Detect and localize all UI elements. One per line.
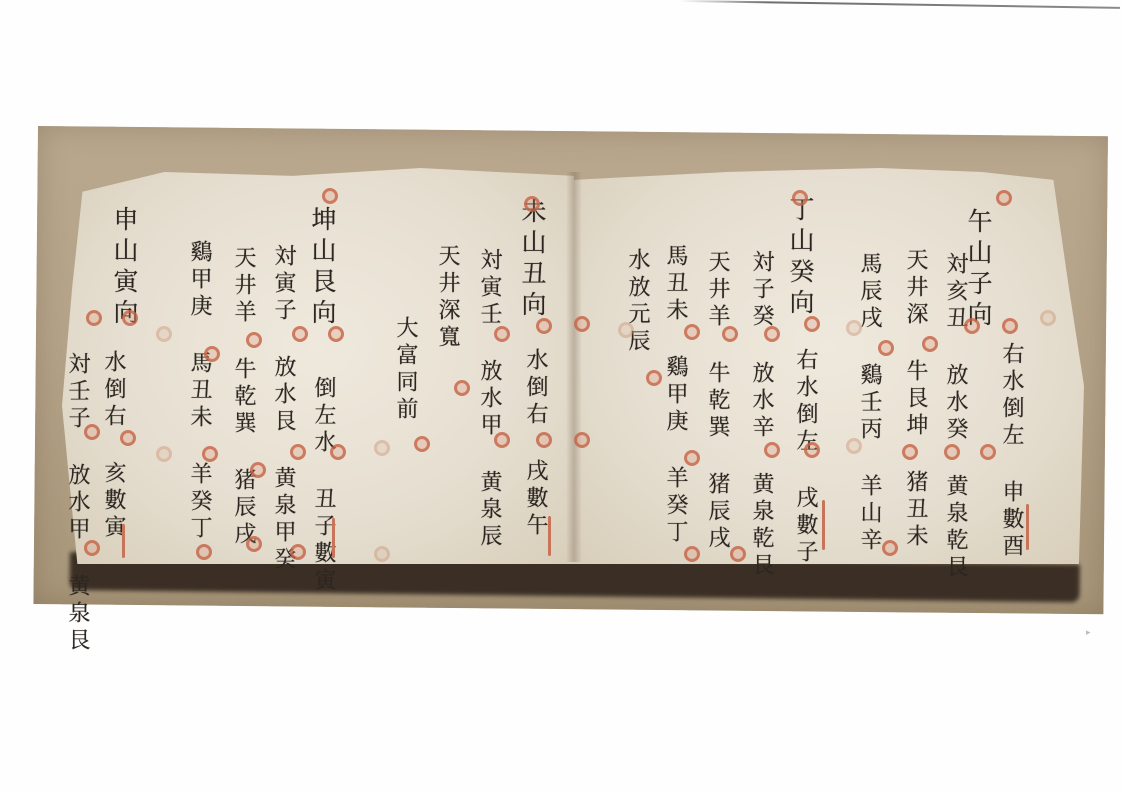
red-stain-mark [322,188,338,204]
red-stain-mark [120,430,136,446]
text-column: 馬丑未 鷄甲庚 羊癸丁 [664,244,686,547]
red-stain-mark [536,318,552,334]
red-stain-mark [980,444,996,460]
text-column: 天井深寬 [436,244,458,352]
red-stain-mark [494,432,510,448]
red-stain-mark [536,432,552,448]
red-stain-mark [882,540,898,556]
red-stain-mark [684,324,700,340]
red-stain-mark [86,310,102,326]
red-stain-mark [414,436,430,452]
red-stain-mark [328,326,344,342]
text-column: 水放元辰 [626,248,648,356]
book-gutter [566,172,582,562]
red-stain-mark [804,316,820,332]
text-column: 対壬子 放水甲 黄泉艮 [66,352,88,655]
red-stain-mark [246,536,262,552]
red-stain-mark [290,444,306,460]
faint-stain-mark [156,326,172,342]
faint-stain-mark [618,322,634,338]
red-stain-mark [764,326,780,342]
text-column: 対亥丑 放水癸 黄泉乾艮 [944,252,966,582]
red-stain-mark [84,540,100,556]
red-stain-mark [84,424,100,440]
red-stain-mark [730,546,746,562]
text-column: 右水倒左 申數酉 [1000,342,1022,561]
red-annotation-mark [1026,504,1029,550]
text-column: 対寅壬 放水甲 黄泉辰 [478,248,500,551]
red-stain-mark [964,318,980,334]
faint-stain-mark [846,438,862,454]
red-stain-mark [454,380,470,396]
red-stain-mark [574,432,590,448]
red-stain-mark [764,442,780,458]
red-stain-mark [944,444,960,460]
red-stain-mark [330,444,346,460]
text-column: 対寅子 放水艮 黄泉甲癸 [272,244,294,574]
text-column: 天井深 牛艮坤 猪丑未 [904,248,926,551]
red-stain-mark [722,326,738,342]
red-stain-mark [902,444,918,460]
red-stain-mark [792,190,808,206]
red-annotation-mark [122,524,125,558]
red-stain-mark [922,336,938,352]
text-column: 馬辰戌 鷄壬丙 羊山辛 [858,252,880,555]
red-stain-mark [804,442,820,458]
faint-stain-mark [374,440,390,456]
text-column: 倒左水 丑子數寅 [312,376,334,595]
text-column: 水倒右 亥數寅 [102,350,124,542]
text-column: 鷄甲庚 馬丑未 羊癸丁 [188,240,210,543]
red-stain-mark [878,340,894,356]
faint-stain-mark [374,546,390,562]
red-stain-mark [494,326,510,342]
red-stain-mark [524,196,540,212]
red-stain-mark [290,544,306,560]
red-stain-mark [202,446,218,462]
text-column: 天井羊 牛乾巽 猪辰戌 [232,246,254,549]
red-stain-mark [250,462,266,478]
red-annotation-mark [332,518,335,558]
faint-stain-mark [1040,310,1056,326]
text-column: 丁山癸向 [788,196,813,320]
scan-artifact: ▸ [1086,628,1091,638]
faint-stain-mark [156,446,172,462]
text-column: 天井羊 牛乾巽 猪辰戌 [706,250,728,553]
red-stain-mark [204,346,220,362]
red-stain-mark [196,544,212,560]
scanner-edge-line [680,0,1120,9]
text-column: 午山子向 [966,208,991,332]
faint-stain-mark [846,320,862,336]
red-stain-mark [684,546,700,562]
red-stain-mark [292,326,308,342]
red-stain-mark [646,370,662,386]
text-column: 大富同前 [394,316,416,424]
red-annotation-mark [822,500,825,550]
red-stain-mark [996,190,1012,206]
red-stain-mark [684,450,700,466]
red-stain-mark [1002,318,1018,334]
text-column: 未山丑向 [520,198,545,322]
text-column: 坤山艮向 [310,206,335,330]
text-column: 対子癸 放水辛 黄泉乾艮 [750,250,772,580]
red-stain-mark [246,332,262,348]
red-stain-mark [574,316,590,332]
red-annotation-mark [548,516,551,556]
red-stain-mark [122,310,138,326]
